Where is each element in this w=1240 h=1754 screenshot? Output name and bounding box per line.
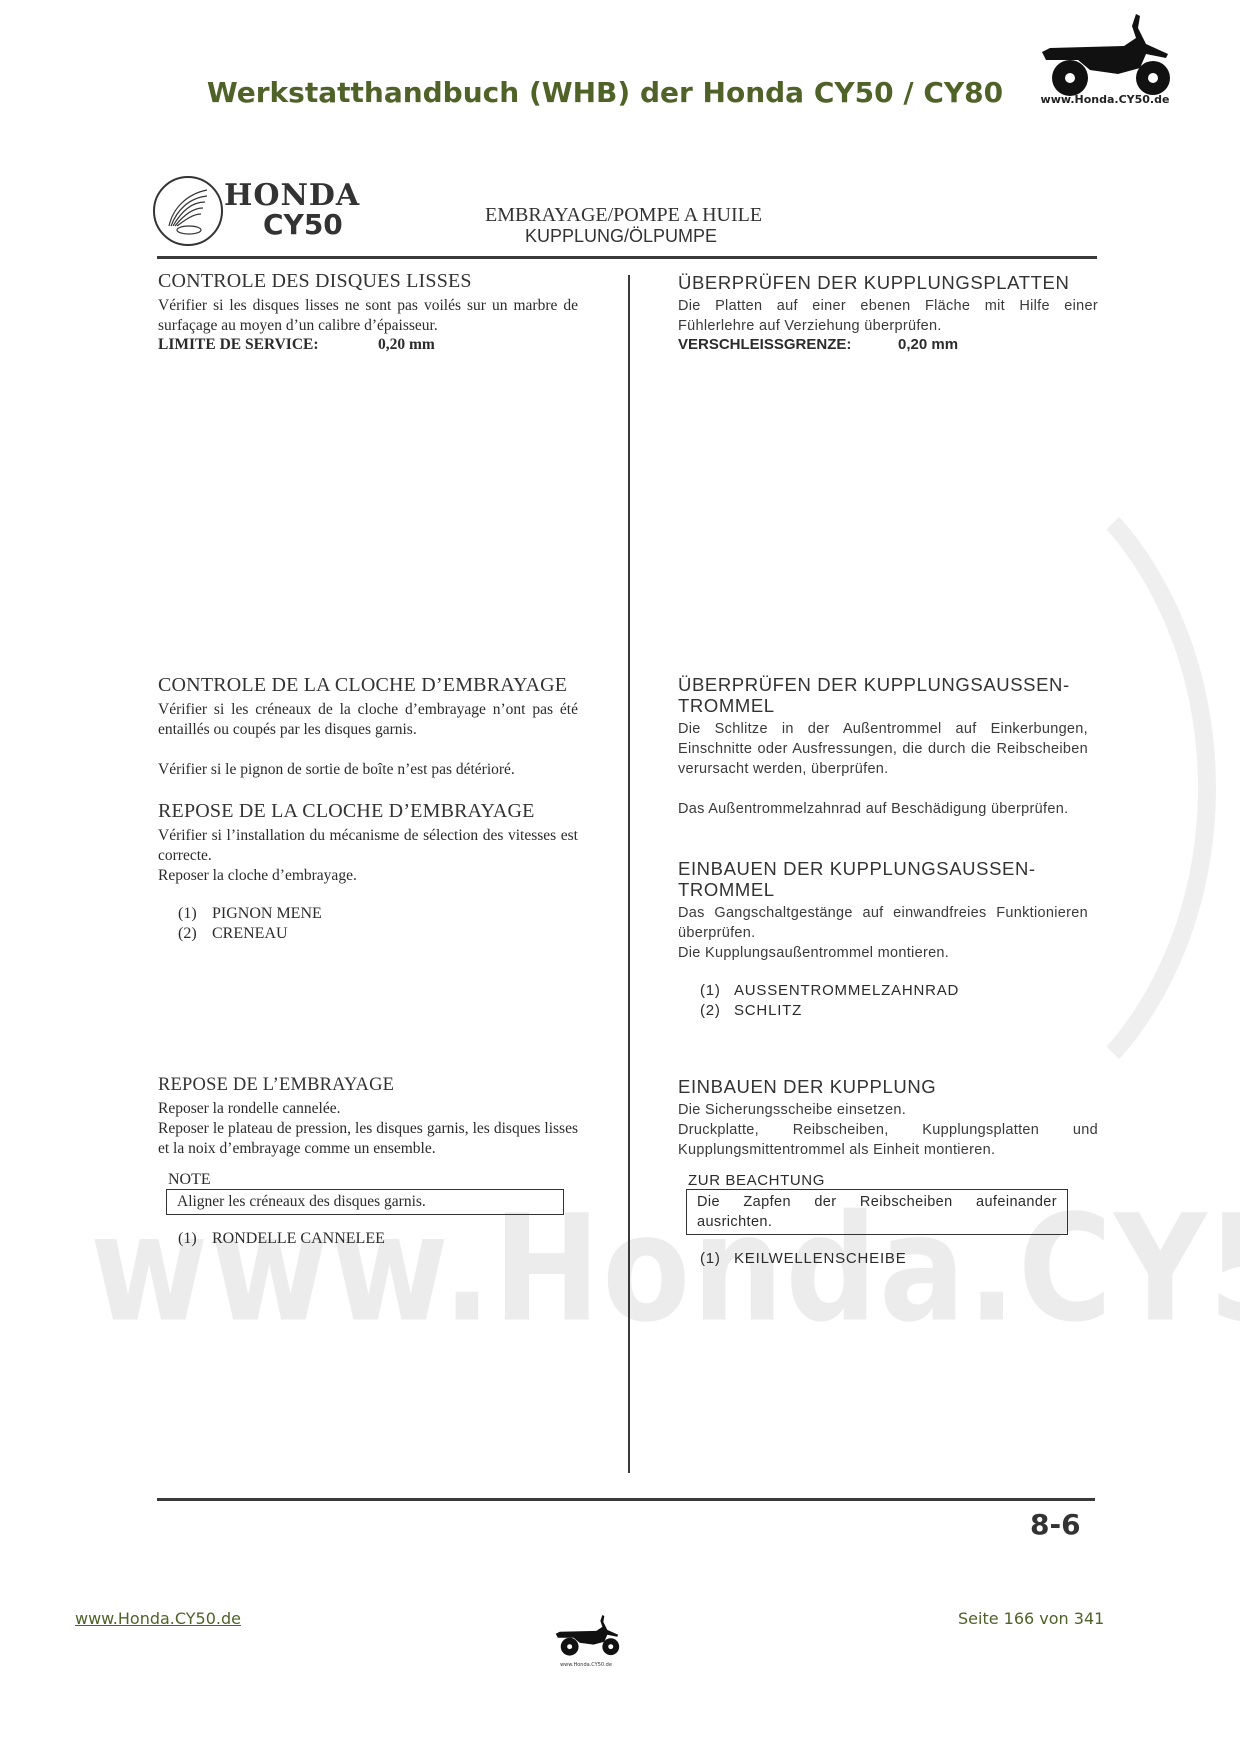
legend-item: (2)SCHLITZ [700, 1001, 1088, 1021]
section-paragraph: Die Kupplungsaußentrommel montieren. [678, 943, 1088, 963]
section-heading: ÜBERPRÜFEN DER KUPPLUNGSPLATTEN [678, 272, 1098, 293]
parts-legend: (1)AUSSENTROMMELZAHNRAD (2)SCHLITZ [700, 981, 1088, 1021]
legend-item: (1)KEILWELLENSCHEIBE [700, 1249, 1098, 1269]
section-paragraph: Reposer le plateau de pression, les disq… [158, 1119, 578, 1159]
parts-legend: (1)RONDELLE CANNELEE [178, 1229, 578, 1249]
section-paragraph: Reposer la rondelle cannelée. [158, 1099, 578, 1119]
section-paragraph: Vérifier si les disques lisses ne sont p… [158, 296, 578, 336]
model-name: CY50 [263, 208, 343, 241]
manual-page-number: 8-6 [1030, 1508, 1081, 1541]
section-heading: ÜBERPRÜFEN DER KUPPLUNGSAUSSEN-TROMMEL [678, 674, 1088, 716]
section-paragraph: Reposer la cloche d’embrayage. [158, 866, 578, 886]
section-paragraph: Die Sicherungsscheibe einsetzen. [678, 1100, 1098, 1120]
section-fr-disques-lisses: CONTROLE DES DISQUES LISSES Vérifier si … [158, 270, 578, 354]
section-paragraph: Die Schlitze in der Außentrommel auf Ein… [678, 719, 1088, 779]
section-paragraph: Vérifier si le pignon de sortie de boîte… [158, 760, 578, 780]
section-de-kupplungsplatten: ÜBERPRÜFEN DER KUPPLUNGSPLATTEN Die Plat… [678, 272, 1098, 353]
section-de-aussentrommel-pruefen: ÜBERPRÜFEN DER KUPPLUNGSAUSSEN-TROMMEL D… [678, 674, 1088, 819]
motorcycle-silhouette-icon [548, 1612, 624, 1664]
note-block: NOTE Aligner les créneaux des disques ga… [158, 1171, 578, 1215]
section-paragraph: Das Außentrommelzahnrad auf Beschädigung… [678, 799, 1088, 819]
note-block: ZUR BEACHTUNG Die Zapfen der Reibscheibe… [678, 1172, 1098, 1235]
section-paragraph: Vérifier si l’installation du mécanisme … [158, 826, 578, 866]
top-logo-caption: www.Honda.CY50.de [1030, 93, 1180, 106]
section-de-aussentrommel-einbauen: EINBAUEN DER KUPPLUNGSAUSSEN-TROMMEL Das… [678, 858, 1088, 1021]
note-label: ZUR BEACHTUNG [688, 1172, 1098, 1189]
section-heading: REPOSE DE LA CLOCHE D’EMBRAYAGE [158, 800, 578, 823]
column-divider [628, 275, 630, 1473]
section-fr-cloche-controle: CONTROLE DE LA CLOCHE D’EMBRAYAGE Vérifi… [158, 674, 578, 780]
section-de-kupplung-einbauen: EINBAUEN DER KUPPLUNG Die Sicherungssche… [678, 1076, 1098, 1269]
note-label: NOTE [168, 1171, 578, 1189]
legend-item: (1)RONDELLE CANNELEE [178, 1229, 578, 1249]
section-fr-cloche-repose: REPOSE DE LA CLOCHE D’EMBRAYAGE Vérifier… [158, 800, 578, 944]
section-paragraph: Die Platten auf einer ebenen Fläche mit … [678, 296, 1098, 336]
note-box: Die Zapfen der Reibscheiben aufeinander … [686, 1189, 1068, 1235]
section-fr-embrayage-repose: REPOSE DE L’EMBRAYAGE Reposer la rondell… [158, 1075, 578, 1249]
footer-rule [157, 1498, 1095, 1501]
website-link[interactable]: www.Honda.CY50.de [75, 1609, 241, 1628]
honda-wing-emblem-icon [153, 176, 223, 246]
legend-item: (2)CRENEAU [178, 924, 578, 944]
parts-legend: (1)PIGNON MENE (2)CRENEAU [178, 904, 578, 944]
section-heading: CONTROLE DE LA CLOCHE D’EMBRAYAGE [158, 674, 578, 697]
note-box: Aligner les créneaux des disques garnis. [166, 1189, 564, 1215]
chapter-title-fr: EMBRAYAGE/POMPE A HUILE [485, 204, 762, 227]
section-heading: REPOSE DE L’EMBRAYAGE [158, 1075, 578, 1096]
wear-limit-value: 0,20 mm [898, 336, 958, 353]
chapter-title-de: KUPPLUNG/ÖLPUMPE [525, 226, 717, 247]
section-heading: CONTROLE DES DISQUES LISSES [158, 270, 578, 293]
footer-logo-caption: www.Honda.CY50.de [540, 1662, 632, 1668]
section-paragraph: Druckplatte, Reibscheiben, Kupplungsplat… [678, 1120, 1098, 1160]
service-limit: LIMITE DE SERVICE: 0,20 mm [158, 336, 578, 354]
section-heading: EINBAUEN DER KUPPLUNGSAUSSEN-TROMMEL [678, 858, 1088, 900]
parts-legend: (1)KEILWELLENSCHEIBE [700, 1249, 1098, 1269]
section-paragraph: Das Gangschaltgestänge auf einwandfreies… [678, 903, 1088, 943]
header-rule [157, 256, 1097, 259]
legend-item: (1)AUSSENTROMMELZAHNRAD [700, 981, 1088, 1001]
wear-limit: VERSCHLEISSGRENZE: 0,20 mm [678, 336, 1098, 353]
legend-item: (1)PIGNON MENE [178, 904, 578, 924]
section-heading: EINBAUEN DER KUPPLUNG [678, 1076, 1098, 1097]
service-limit-value: 0,20 mm [378, 336, 435, 354]
section-paragraph: Vérifier si les créneaux de la cloche d’… [158, 700, 578, 740]
service-limit-label: LIMITE DE SERVICE: [158, 336, 378, 354]
page-counter: Seite 166 von 341 [958, 1609, 1104, 1628]
wear-limit-label: VERSCHLEISSGRENZE: [678, 336, 898, 353]
